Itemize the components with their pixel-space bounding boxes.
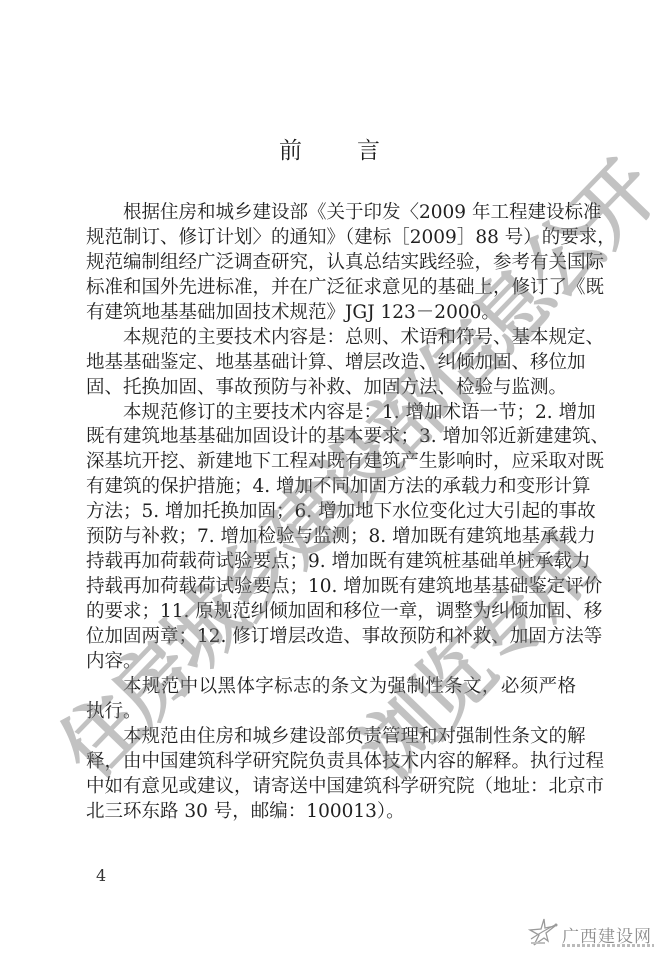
title-char-2: 言 (357, 136, 380, 166)
paragraph-3-line-9: 的要求；11. 原规范纠倾加固和移位一章，调整为纠倾加固、移 (86, 600, 576, 625)
paragraph-5-line-2: 释，由中国建筑科学研究院负责具体技术内容的解释。执行过程 (86, 750, 576, 775)
paragraph-5-line-4: 北三环东路 30 号，邮编：100013）。 (86, 800, 576, 825)
logo-subtitle (562, 944, 654, 947)
paragraph-1-line-3: 规范编制组经广泛调查研究，认真总结实践经验，参考有关国际 (86, 251, 576, 276)
body-text: 根据住房和城乡建设部《关于印发〈2009 年工程建设标准 规范制订、修订计划〉的… (86, 201, 576, 824)
paragraph-3-line-4: 有建筑的保护措施；4. 增加不同加固方法的承载力和变形计算 (86, 475, 576, 500)
paragraph-1-line-5: 有建筑地基基础加固技术规范》JGJ 123－2000。 (86, 301, 576, 326)
paragraph-2-line-1: 本规范的主要技术内容是：总则、术语和符号、基本规定、 (86, 326, 576, 351)
site-logo: 广西建设网 (528, 915, 658, 953)
paragraph-3-line-5: 方法；5. 增加托换加固；6. 增加地下水位变化过大引起的事故 (86, 500, 576, 525)
paragraph-3-line-8: 持载再加荷载荷试验要点；10. 增加既有建筑地基基础鉴定评价 (86, 575, 576, 600)
paragraph-3-line-10: 位加固两章；12. 修订增层改造、事故预防和补救、加固方法等 (86, 625, 576, 650)
paragraph-3-line-6: 预防与补救；7. 增加检验与监测；8. 增加既有建筑地基承载力 (86, 525, 576, 550)
paragraph-1-line-2: 规范制订、修订计划〉的通知》（建标［2009］88 号）的要求， (86, 226, 576, 251)
paragraph-3-line-3: 深基坑开挖、新建地下工程对既有建筑产生影响时，应采取对既 (86, 450, 576, 475)
paragraph-1-line-4: 标准和国外先进标准，并在广泛征求意见的基础上，修订了《既 (86, 276, 576, 301)
paragraph-1-line-1: 根据住房和城乡建设部《关于印发〈2009 年工程建设标准 (86, 201, 576, 226)
paragraph-2-line-3: 固、托换加固、事故预防与补救、加固方法、检验与监测。 (86, 376, 576, 401)
paragraph-3-line-11: 内容。 (86, 650, 576, 675)
star-logo-icon (528, 917, 558, 947)
paragraph-3-line-7: 持载再加荷载荷试验要点；9. 增加既有建筑桩基础单桩承载力 (86, 550, 576, 575)
paragraph-4-line-2: 执行。 (86, 700, 576, 725)
paragraph-3-line-2: 既有建筑地基基础加固设计的基本要求；3. 增加邻近新建建筑、 (86, 425, 576, 450)
document-page: 前 言 根据住房和城乡建设部《关于印发〈2009 年工程建设标准 规范制订、修订… (0, 0, 661, 958)
paragraph-4-line-1: 本规范中以黑体字标志的条文为强制性条文，必须严格 (86, 675, 576, 700)
page-number: 4 (96, 866, 106, 885)
paragraph-5-line-3: 中如有意见或建议，请寄送中国建筑科学研究院（地址：北京市 (86, 775, 576, 800)
paragraph-2-line-2: 地基基础鉴定、地基基础计算、增层改造、纠倾加固、移位加 (86, 351, 576, 376)
paragraph-3-line-1: 本规范修订的主要技术内容是：1. 增加术语一节；2. 增加 (86, 401, 576, 426)
title-char-1: 前 (279, 136, 302, 166)
paragraph-5-line-1: 本规范由住房和城乡建设部负责管理和对强制性条文的解 (86, 725, 576, 750)
